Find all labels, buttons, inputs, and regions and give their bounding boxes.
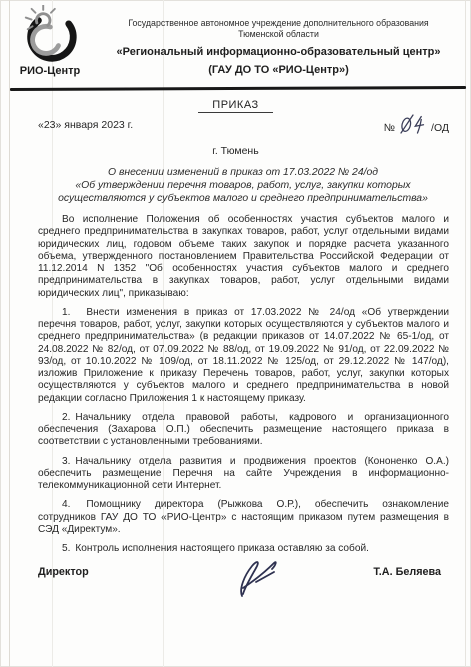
handwritten-number <box>398 113 428 135</box>
item-text: Начальнику отдела правовой работы, кадро… <box>38 412 449 448</box>
doc-city: г. Тюмень <box>0 145 471 157</box>
org-line1: Государственное автономное учреждение до… <box>92 18 465 29</box>
logo-label: РИО-Центр <box>16 65 84 77</box>
signature-row: Директор Т.А. Беляева <box>38 566 449 578</box>
item-text: Начальнику отдела развития и продвижения… <box>38 456 449 492</box>
letterhead: Государственное автономное учреждение до… <box>92 18 465 77</box>
scanned-order-page: РИО-Центр Государственное автономное учр… <box>0 0 471 667</box>
doc-number: № /ОД <box>384 121 449 135</box>
date-number-row: «23» января 2023 г. № /ОД <box>38 119 449 135</box>
item-number: 2. <box>62 412 70 423</box>
number-prefix: № <box>384 122 395 134</box>
doc-subject: О внесении изменений в приказ от 17.03.2… <box>45 166 441 206</box>
doc-type-wrap: ПРИКАЗ <box>0 95 471 113</box>
org-name: «Региональный информационно-образователь… <box>92 46 465 60</box>
order-item-3: 3.Начальнику отдела развития и продвижен… <box>38 456 449 493</box>
subject-line1: О внесении изменений в приказ от 17.03.2… <box>45 166 441 179</box>
subject-line2: «Об утверждении перечня товаров, работ, … <box>45 179 441 192</box>
subject-line3: осуществляются у субъектов малого и сред… <box>45 192 441 205</box>
intro-paragraph: Во исполнение Положения об особенностях … <box>38 214 449 300</box>
item-number: 3. <box>62 456 70 467</box>
org-line2: Тюменской области <box>92 29 465 40</box>
signer-title: Директор <box>38 566 89 578</box>
handwritten-signature <box>228 552 290 604</box>
order-item-1: 1.Внести изменения в приказ от 17.03.202… <box>38 307 449 405</box>
item-number: 5. <box>62 543 70 554</box>
item-text: Внести изменения в приказ от 17.03.2022 … <box>38 307 449 404</box>
header-divider <box>10 86 466 91</box>
org-abbr: (ГАУ ДО ТО «РИО-Центр») <box>92 64 465 78</box>
doc-type-title: ПРИКАЗ <box>198 99 272 113</box>
order-item-2: 2.Начальнику отдела правовой работы, кад… <box>38 412 449 449</box>
number-suffix: /ОД <box>431 122 449 134</box>
order-item-4: 4.Помощнику директора (Рыжкова О.Р.), об… <box>38 499 449 536</box>
sun-crescent-logo-icon <box>19 5 81 67</box>
doc-date: «23» января 2023 г. <box>38 119 133 131</box>
item-number: 1. <box>62 307 70 318</box>
item-text: Помощнику директора (Рыжкова О.Р.), обес… <box>38 499 449 535</box>
signer-name: Т.А. Беляева <box>373 566 441 578</box>
rio-center-logo: РИО-Центр <box>16 5 84 85</box>
item-text: Контроль исполнения настоящего приказа о… <box>75 543 368 554</box>
doc-body: Во исполнение Положения об особенностях … <box>38 214 449 579</box>
item-number: 4. <box>62 499 70 510</box>
